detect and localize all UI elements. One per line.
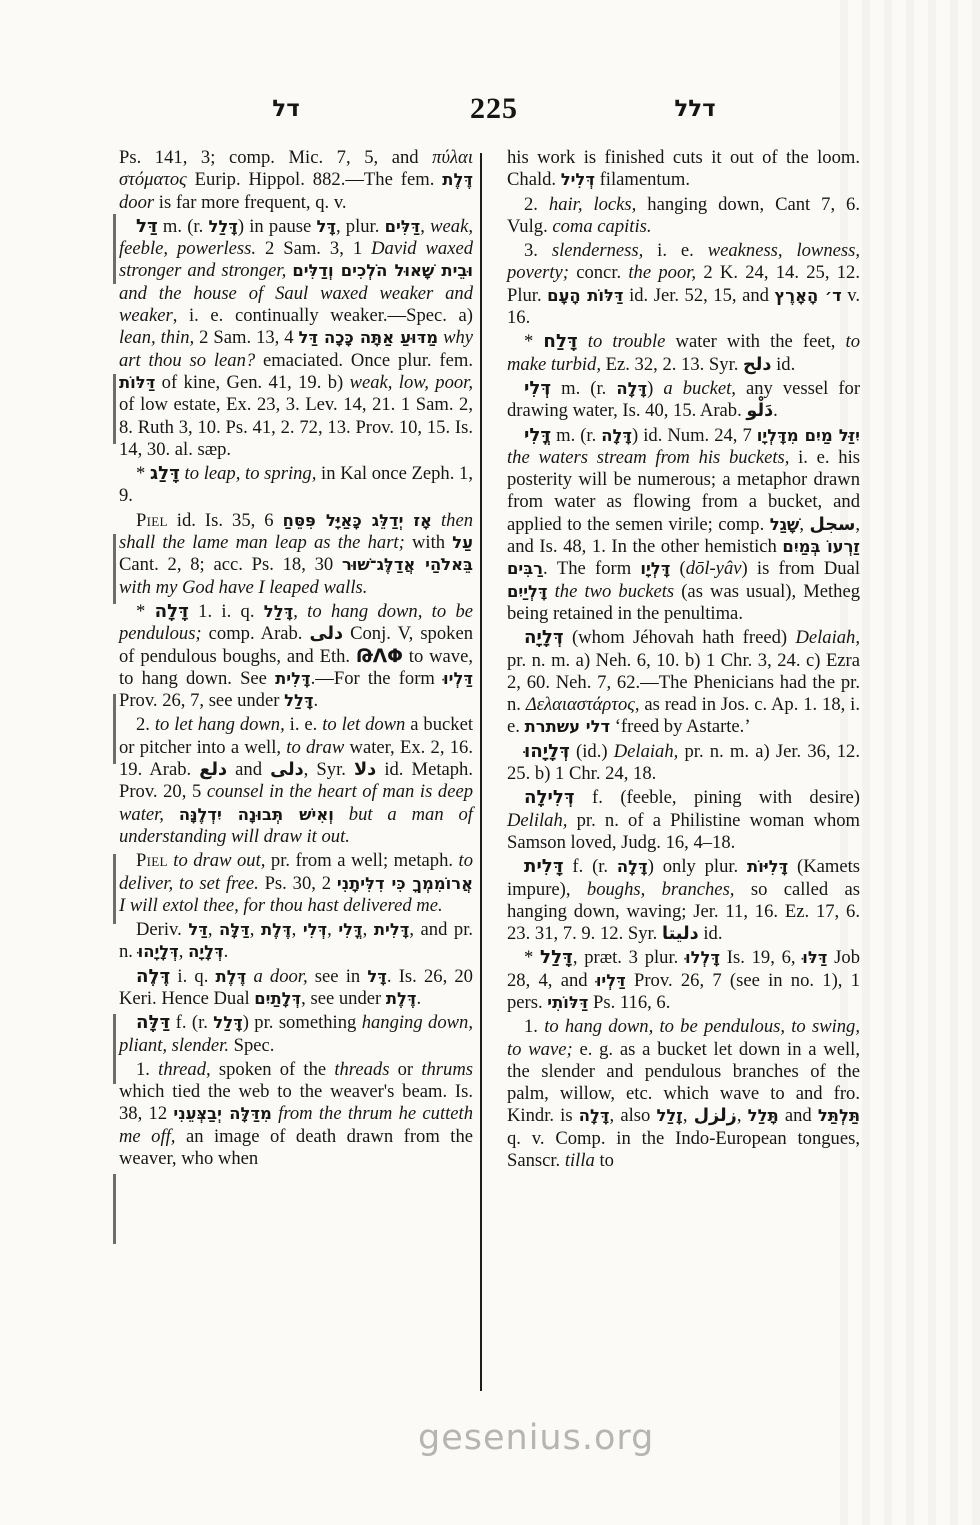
hebrew-text: ד׳ הָאָרֶץ: [774, 286, 841, 305]
paragraph: דְּלִילָה f. (feeble, pining with desire…: [507, 787, 860, 854]
text-run: Cant. 2, 8; acc. Ps. 18, 30: [119, 554, 342, 575]
text-run: *: [136, 463, 150, 484]
text-run: ,: [420, 216, 430, 237]
text-run: 1.: [524, 1016, 544, 1037]
hebrew-text: דָּלַל: [264, 602, 293, 621]
paragraph: דַּל m. (r. דָּלַל) in pause דָּל, plur.…: [119, 216, 473, 461]
paragraph: * דָּלַל, præt. 3 plur. דָּלְלוּ Is. 19,…: [507, 947, 860, 1014]
text-run: . The form: [543, 558, 640, 579]
italic-text: slenderness,: [552, 240, 643, 261]
hebrew-text: דַּלִּים: [385, 217, 421, 236]
paragraph: דְּלָיָהוּ (id.) Delaiah, pr. n. m. a) J…: [507, 741, 860, 786]
page-number: 225: [428, 92, 560, 126]
text-run: *: [136, 601, 155, 622]
text-run: f. (r.: [564, 856, 617, 877]
text-run: Spec.: [229, 1035, 274, 1056]
text-run: is far more frequent, q. v.: [154, 192, 346, 213]
text-run: 2 Sam. 13, 4: [194, 327, 298, 348]
smallcaps-text: Piel: [136, 850, 168, 871]
text-run: .: [314, 690, 319, 711]
arabic-text: دلى: [270, 760, 304, 780]
hebrew-text: מַדּוּעַ אַתָּה כָּכָה דַּל: [299, 328, 439, 347]
paragraph: דָּלִית f. (r. דָּלָה) only plur. דָּלִי…: [507, 856, 860, 945]
text-run: id. Jer. 52, 15, and: [624, 285, 775, 306]
text-run: ,: [292, 919, 303, 940]
hebrew-headword: דַּל: [136, 216, 158, 237]
text-run: ,: [250, 919, 261, 940]
italic-text: to let hang down,: [155, 714, 285, 735]
italic-text: hair, locks,: [549, 194, 636, 215]
hebrew-text: דַּלּוֹת: [119, 373, 155, 392]
text-run: spoken of the: [211, 1059, 335, 1080]
lexicon-scan-page: דל 225 דלל Ps. 141, 3; comp. Mic. 7, 5, …: [0, 0, 980, 1525]
text-run: filamentum.: [595, 169, 690, 190]
text-run: (id.): [570, 741, 614, 762]
text-run: ) pr. something: [243, 1012, 362, 1033]
text-run: of low estate, Ex. 23, 3. Lev. 14, 21. 1…: [119, 394, 473, 460]
text-run: ‘freed by Astarte.’: [610, 716, 750, 737]
paragraph: 1. to hang down, to be pendulous, to swi…: [507, 1016, 860, 1172]
paragraph: 2. hair, locks, hanging down, Cant 7, 6.…: [507, 194, 860, 239]
text-run: concr.: [569, 262, 628, 283]
paragraph: Piel to draw out, pr. from a well; metap…: [119, 850, 473, 917]
paragraph: 1. thread, spoken of the threads or thru…: [119, 1059, 473, 1170]
hebrew-text: בֵּאלֹהַי אֲדַלֶּג־שׁוּר: [342, 555, 473, 574]
text-run: , Syr.: [304, 759, 354, 780]
hebrew-catchword-right: דלל: [652, 96, 738, 122]
italic-text: Delaiah,: [614, 741, 679, 762]
text-run: (whom Jéhovah hath freed): [564, 627, 796, 648]
arabic-text: دلى: [310, 624, 344, 644]
text-run: Ps. 30, 2: [259, 873, 337, 894]
italic-text: thrums: [421, 1059, 473, 1080]
hebrew-headword: דָּלַג: [150, 463, 180, 484]
text-run: ) in pause: [238, 216, 317, 237]
hebrew-text: דָּלְיָו: [640, 559, 670, 578]
hebrew-text: דַּל: [188, 920, 208, 939]
hebrew-text: דָּלִית: [374, 920, 410, 939]
hebrew-text: זָלַל: [657, 1106, 683, 1125]
text-run: ,: [363, 919, 374, 940]
text-run: emaciated. Once plur. fem.: [255, 350, 473, 371]
text-run: Prov. 26, 7, see under: [119, 690, 284, 711]
hebrew-headword: דָּלִית: [524, 856, 564, 877]
text-run: *: [524, 947, 540, 968]
syriac-text: دلا: [354, 760, 376, 780]
ethiopic-text: ԹΛΦ: [356, 646, 403, 667]
hebrew-text: דֶּלֶת: [216, 967, 247, 986]
hebrew-text: אָז יְדַלֵּג כָּאַיָּל פִּסֵּחַ: [283, 511, 432, 530]
hebrew-text: דָּלְיַיִם: [507, 582, 548, 601]
italic-text: weak, low, poor,: [350, 372, 473, 393]
text-run: 2.: [136, 714, 155, 735]
text-run: comp. Arab.: [202, 623, 310, 644]
text-run: [578, 331, 588, 352]
text-run: f. (r.: [170, 1012, 213, 1033]
text-run: to: [595, 1150, 614, 1171]
paragraph: * דָּלָה 1. i. q. דָּלַל, to hang down, …: [119, 601, 473, 712]
text-run: ) is from Dual: [742, 558, 861, 579]
hebrew-text: אֲרוֹמִמְךָ כִּי דִלִּיתָנִי: [337, 874, 473, 893]
hebrew-text: דָּלַל: [213, 1013, 242, 1032]
hebrew-text: דלי עשתרת: [525, 717, 611, 736]
hebrew-headword: דְּלָיָהוּ: [524, 741, 570, 762]
text-run: 3.: [524, 240, 552, 261]
text-run: see in: [308, 966, 368, 987]
paragraph: Deriv. דַּל, דַּלָּה, דֶּלֶת, דְּלִי, דֳ…: [119, 919, 473, 964]
text-run: f. (feeble, pining with desire): [575, 787, 860, 808]
arabic-text: دَلْو: [746, 401, 773, 421]
text-run: ,: [737, 1105, 748, 1126]
paragraph: דְּלָיָה (whom Jéhovah hath freed) Delai…: [507, 627, 860, 738]
text-run: Ez. 32, 2. 13. Syr.: [601, 354, 743, 375]
italic-text: coma capitis.: [552, 216, 651, 237]
italic-text: with my God have I leaped walls.: [119, 577, 367, 598]
text-run: m. (r.: [551, 425, 601, 446]
hebrew-text: דָּלִיּוֹת: [747, 857, 788, 876]
text-run: .—For the form: [311, 668, 443, 689]
text-run: (: [670, 558, 685, 579]
hebrew-text: דְּלָיָה: [188, 942, 224, 961]
italic-text: to trouble: [588, 331, 666, 352]
hebrew-text: שָׁגַל: [770, 515, 800, 534]
hebrew-text: דָּלָה: [616, 379, 647, 398]
text-run: Eurip. Hippol. 882.—The fem.: [187, 169, 443, 190]
hebrew-text: דֶּלֶת: [261, 920, 292, 939]
hebrew-text: דָּל: [316, 217, 336, 236]
hebrew-text: תָּלַל: [748, 1106, 779, 1125]
hebrew-text: דָּל: [367, 967, 387, 986]
hebrew-text: דְּלָיָהוּ: [138, 942, 179, 961]
italic-text: a bucket,: [663, 378, 736, 399]
text-run: .: [224, 941, 229, 962]
syriac-text: دلح: [743, 355, 771, 375]
left-margin-scan-artifact: [113, 214, 116, 1274]
text-run: id. Is. 35, 6: [168, 510, 283, 531]
hebrew-text: דַּלָּה: [219, 920, 250, 939]
hebrew-text: דָּלַל: [208, 217, 237, 236]
hebrew-text: דָּלִית: [275, 669, 311, 688]
paragraph: * דָּלַח to trouble water with the feet,…: [507, 331, 860, 376]
text-run: ) only plur.: [648, 856, 747, 877]
hebrew-text: תַּלְתַּל: [818, 1106, 860, 1125]
text-run: [334, 804, 349, 825]
hebrew-headword: דְּלָיָה: [524, 627, 564, 648]
hebrew-text: דְּלָתַיִם: [254, 989, 301, 1008]
text-run: , see under: [301, 988, 386, 1009]
italic-text: threads: [334, 1059, 389, 1080]
left-column: Ps. 141, 3; comp. Mic. 7, 5, and πύλαι σ…: [119, 147, 473, 1174]
text-run: .: [417, 988, 422, 1009]
paragraph: 3. slenderness, i. e. weakness, lowness,…: [507, 240, 860, 329]
hebrew-text: דָּלַל: [284, 691, 313, 710]
smallcaps-text: Piel: [136, 510, 168, 531]
hebrew-headword: דָּלָה: [155, 601, 189, 622]
text-run: ) id. Num. 24, 7: [632, 425, 757, 446]
hebrew-text: דַּלּוּ: [802, 948, 827, 967]
text-run: , i. e. continually weaker.—Spec. a): [173, 305, 473, 326]
italic-text: dōl-yâv: [686, 558, 742, 579]
text-run: of kine, Gen. 41, 19. b): [155, 372, 349, 393]
text-run: water with the feet,: [665, 331, 845, 352]
italic-text: Delilah,: [507, 810, 567, 831]
hebrew-text: מִדַּלָּה יְבַצְּעֵנִי: [173, 1104, 272, 1123]
text-run: 2 Sam. 3, 1: [256, 238, 371, 259]
hebrew-text: דַּלְיוּ: [596, 971, 626, 990]
text-run: id.: [699, 923, 723, 944]
text-run: ,: [327, 919, 338, 940]
paragraph: 2. to let hang down, i. e. to let down a…: [119, 714, 473, 848]
text-run: m. (r.: [551, 378, 616, 399]
italic-text: the poor,: [628, 262, 696, 283]
hebrew-headword: דָּלַל: [540, 947, 573, 968]
hebrew-text: דָּלָה: [579, 1106, 610, 1125]
text-run: Is. 19, 6,: [720, 947, 802, 968]
text-block: Ps. 141, 3; comp. Mic. 7, 5, and πύλαι σ…: [119, 147, 860, 1174]
hebrew-headword: דְּלִי: [524, 378, 551, 399]
hebrew-text: דַּלּוֹתִי: [547, 993, 588, 1012]
hebrew-catchword-left: דל: [250, 96, 322, 122]
hebrew-text: וְאִישׁ תְּבוּנָה יִדְלֶנָּה: [179, 805, 334, 824]
hebrew-text: דְּלִי: [303, 920, 327, 939]
text-run: Ps. 116, 6.: [588, 992, 670, 1013]
italic-text: to leap, to spring,: [185, 463, 317, 484]
italic-text: Delaiah,: [795, 627, 860, 648]
italic-text: to draw: [286, 737, 344, 758]
text-run: [164, 804, 179, 825]
greek-text: Δελαιαστάρτος: [526, 694, 635, 715]
text-run: *: [524, 331, 543, 352]
hebrew-text: דָּלָה: [601, 426, 632, 445]
text-run: and: [227, 759, 270, 780]
right-column: his work is finished cuts it out of the …: [507, 147, 860, 1174]
hebrew-headword: דְּלִילָה: [524, 787, 575, 808]
text-run: m. (r.: [158, 216, 209, 237]
text-run: 2.: [524, 194, 549, 215]
text-run: q. v. Comp. in the Indo-European tongues…: [507, 1128, 860, 1171]
paragraph: Piel id. Is. 35, 6 אָז יְדַלֵּג כָּאַיָּ…: [119, 510, 473, 599]
text-run: ,: [683, 1105, 694, 1126]
paragraph: דֳּלִי m. (r. דָּלָה) id. Num. 24, 7 יִז…: [507, 425, 860, 626]
paragraph: דַּלָּה f. (r. דָּלַל) pr. something han…: [119, 1012, 473, 1057]
italic-text: a door,: [253, 966, 307, 987]
hebrew-headword: דֳּלִי: [524, 425, 551, 446]
italic-text: lean, thin,: [119, 327, 194, 348]
arabic-text: دلع: [199, 760, 227, 780]
text-run: ,: [799, 514, 809, 535]
paragraph: דֶּלֶה i. q. דֶּלֶת a door, see in דָּל.…: [119, 966, 473, 1011]
paragraph: דְּלִי m. (r. דָּלָה) a bucket, any vess…: [507, 378, 860, 423]
text-run: i. e.: [285, 714, 322, 735]
italic-text: thread,: [158, 1059, 211, 1080]
italic-text: the two buckets: [555, 581, 675, 602]
text-run: , plur.: [336, 216, 385, 237]
arabic-text: سجل: [809, 515, 855, 535]
hebrew-text: יִזַּל מַיִם מִדָּלְיָו: [757, 426, 860, 445]
paragraph: his work is finished cuts it out of the …: [507, 147, 860, 192]
text-run: ,: [208, 919, 219, 940]
italic-text: boughs, branches,: [587, 879, 735, 900]
italic-text: door: [119, 192, 154, 213]
hebrew-text: דַּלְיוּ: [443, 669, 473, 688]
text-run: .: [773, 400, 778, 421]
hebrew-text: דָּלָה: [617, 857, 648, 876]
text-run: ,: [293, 601, 307, 622]
text-run: id.: [771, 354, 795, 375]
hebrew-headword: דָּלַח: [543, 331, 577, 352]
text-run: ,: [179, 941, 188, 962]
hebrew-text: דְּלִיל: [561, 170, 595, 189]
paragraph: * דָּלַג to leap, to spring, in Kal once…: [119, 463, 473, 508]
text-run: [548, 581, 555, 602]
italic-text: I will extol thee, for thou hast deliver…: [119, 895, 443, 916]
text-run: or: [389, 1059, 421, 1080]
italic-text: the waters stream from his buckets,: [507, 447, 789, 468]
hebrew-text: עַל: [452, 533, 473, 552]
text-run: i. e.: [643, 240, 707, 261]
text-run: 1.: [136, 1059, 158, 1080]
arabic-text: زلزل: [694, 1106, 737, 1126]
hebrew-text: דֶּלֶת: [386, 989, 417, 1008]
text-run: , also: [610, 1105, 657, 1126]
italic-text: to draw out,: [173, 850, 265, 871]
text-run: and: [779, 1105, 818, 1126]
hebrew-text: וּבֵית שָׁאוּל הֹלְכִים וְדַלִּים: [292, 261, 473, 280]
italic-text: tilla: [565, 1150, 595, 1171]
syriac-text: دليتا: [662, 924, 699, 944]
hebrew-text: דֳּלִי: [338, 920, 362, 939]
paragraph: Ps. 141, 3; comp. Mic. 7, 5, and πύλαι σ…: [119, 147, 473, 214]
text-run: with: [405, 532, 452, 553]
text-run: 1. i. q.: [189, 601, 264, 622]
hebrew-headword: דַּלָּה: [136, 1012, 170, 1033]
text-run: [432, 510, 441, 531]
text-run: i. q.: [170, 966, 215, 987]
text-run: pr. from a well; metaph.: [265, 850, 458, 871]
hebrew-text: דַּלּוֹת הָעָם: [547, 286, 623, 305]
watermark: gesenius.org: [418, 1418, 654, 1458]
text-run: , præt. 3 plur.: [573, 947, 685, 968]
italic-text: to let down: [322, 714, 405, 735]
hebrew-text: דֶּלֶת: [442, 170, 473, 189]
text-run: Ps. 141, 3; comp. Mic. 7, 5, and: [119, 147, 432, 168]
hebrew-text: דָּלְלוּ: [685, 948, 720, 967]
hebrew-headword: דֶּלֶה: [136, 966, 170, 987]
text-run: ): [647, 378, 663, 399]
text-run: Deriv.: [136, 919, 188, 940]
